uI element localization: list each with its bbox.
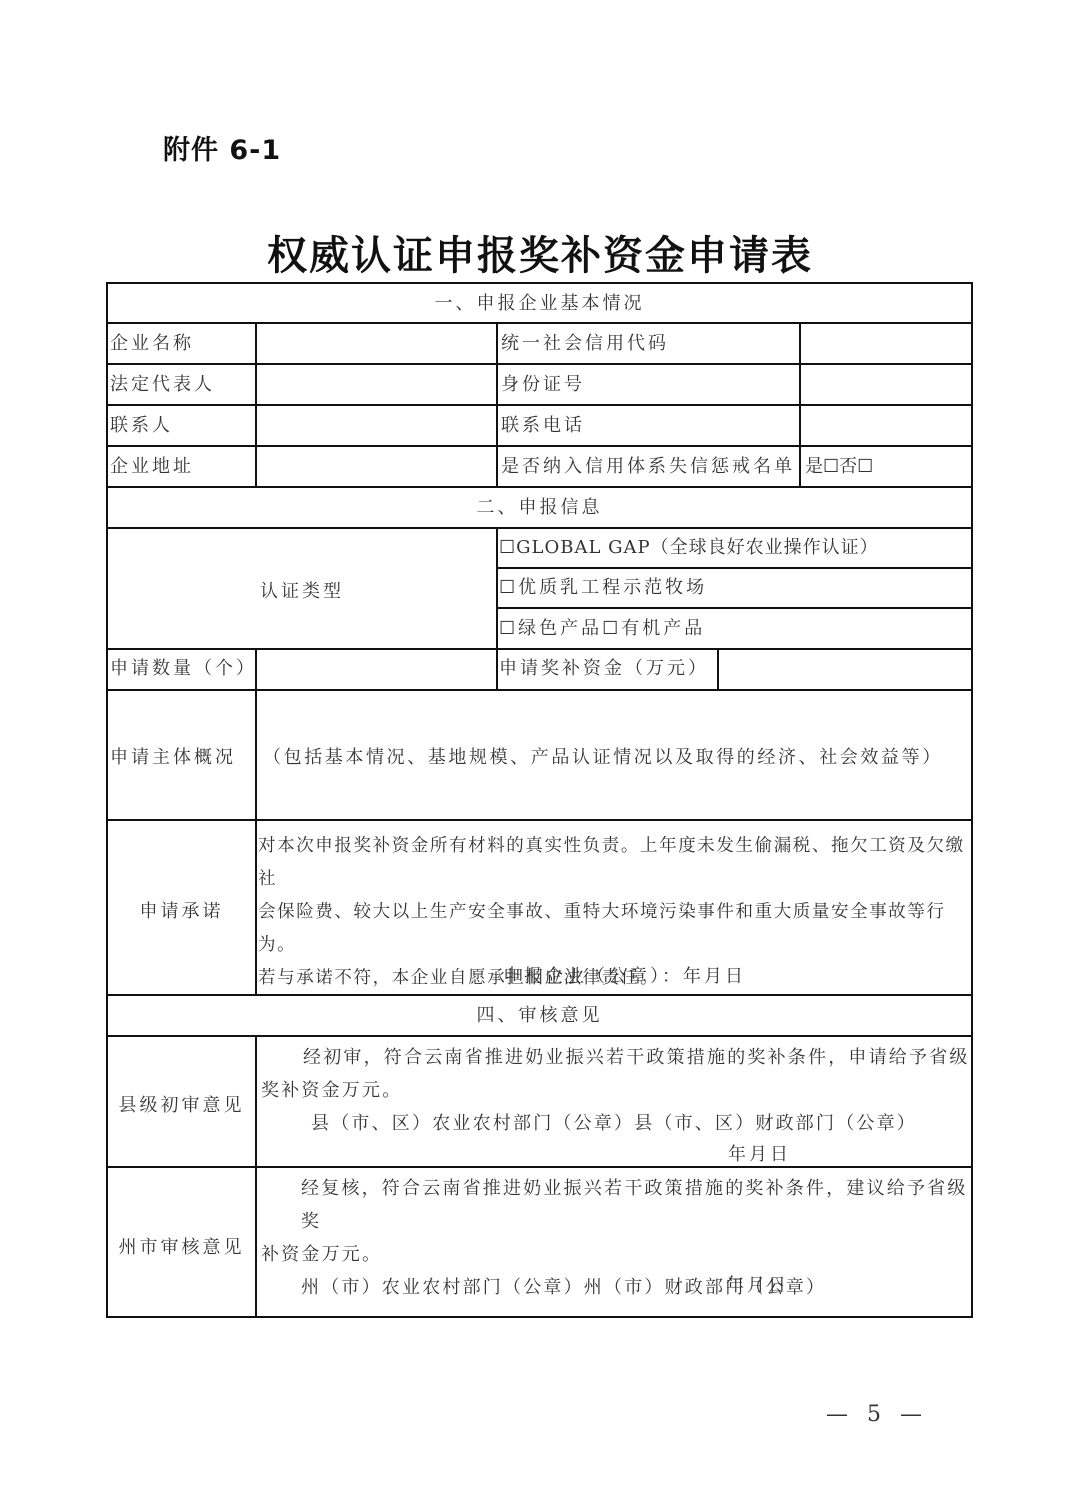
input-id-number[interactable] <box>802 365 970 402</box>
label-id-number: 身份证号 <box>501 373 585 397</box>
county-review-stamps: 县（市、区）农业农村部门（公章）县（市、区）财政部门（公章） <box>261 1107 970 1140</box>
overview-hint[interactable]: （包括基本情况、基地规模、产品认证情况以及取得的经济、社会效益等） <box>263 746 943 770</box>
input-credit-code[interactable] <box>802 324 970 361</box>
blacklist-yes-no-checkboxes[interactable]: 是☐否☐ <box>805 455 873 479</box>
label-commitment: 申请承诺 <box>108 900 255 924</box>
row-divider <box>108 486 971 488</box>
county-review-date: 年月日 <box>728 1143 791 1167</box>
row-divider <box>108 819 971 821</box>
row-divider <box>108 527 971 529</box>
label-company-name: 企业名称 <box>110 332 194 356</box>
row-divider <box>108 689 971 691</box>
col-divider <box>717 648 719 689</box>
col-divider <box>496 322 498 486</box>
prefecture-review-date: 年月日 <box>726 1274 789 1298</box>
col-divider <box>255 648 257 994</box>
input-contact[interactable] <box>258 406 494 443</box>
county-review-line: 经初审，符合云南省推进奶业振兴若干政策措施的奖补条件，申请给予省级 <box>261 1041 970 1074</box>
section-header-basic-info: 一、申报企业基本情况 <box>108 292 971 316</box>
input-phone[interactable] <box>802 406 970 443</box>
row-divider <box>108 445 971 447</box>
label-credit-code: 统一社会信用代码 <box>501 332 669 356</box>
col-divider <box>799 322 801 486</box>
label-cert-type: 认证类型 <box>108 580 496 604</box>
checkbox-quality-milk-farm[interactable]: ☐优质乳工程示范牧场 <box>499 576 707 600</box>
label-county-review: 县级初审意见 <box>108 1094 255 1118</box>
row-divider <box>108 1035 971 1037</box>
label-amount: 申请奖补资金（万元） <box>499 657 709 681</box>
county-review-line: 奖补资金万元。 <box>261 1074 970 1107</box>
prefecture-review-line: 经复核，符合云南省推进奶业振兴若干政策措施的奖补条件，建议给予省级奖 <box>261 1172 971 1238</box>
commitment-line: 会保险费、较大以上生产安全事故、重特大环境污染事件和重大质量安全事故等行为。 <box>258 896 971 962</box>
county-review-text: 经初审，符合云南省推进奶业振兴若干政策措施的奖补条件，申请给予省级 奖补资金万元… <box>261 1041 970 1140</box>
application-form-table: 一、申报企业基本情况 企业名称 统一社会信用代码 法定代表人 身份证号 联系人 … <box>106 282 973 1318</box>
input-amount[interactable] <box>720 650 970 687</box>
label-quantity: 申请数量（个） <box>110 657 257 681</box>
input-quantity[interactable] <box>258 650 494 687</box>
input-address[interactable] <box>258 447 494 484</box>
col-divider <box>496 527 498 689</box>
checkbox-global-gap[interactable]: ☐GLOBAL GAP（全球良好农业操作认证） <box>499 536 879 560</box>
label-contact: 联系人 <box>110 414 173 438</box>
label-prefecture-review: 州市审核意见 <box>108 1236 255 1260</box>
label-phone: 联系电话 <box>501 414 585 438</box>
prefecture-review-stamps: 州（市）农业农村部门（公章）州（市）财政部门（公章） <box>261 1271 971 1304</box>
label-address: 企业地址 <box>110 455 194 479</box>
prefecture-review-line: 补资金万元。 <box>261 1238 971 1271</box>
label-legal-rep: 法定代表人 <box>110 373 215 397</box>
row-divider <box>496 607 971 609</box>
row-divider <box>496 567 971 569</box>
attachment-label: 附件 6-1 <box>163 128 281 167</box>
commitment-signature: 申报企业（公章）：年月日 <box>503 965 746 989</box>
prefecture-review-text: 经复核，符合云南省推进奶业振兴若干政策措施的奖补条件，建议给予省级奖 补资金万元… <box>261 1172 971 1304</box>
page-number: — 5 — <box>826 1402 928 1427</box>
label-overview: 申请主体概况 <box>110 746 236 770</box>
section-header-review: 四、审核意见 <box>108 1004 971 1028</box>
row-divider <box>108 1166 971 1168</box>
checkbox-green-organic[interactable]: ☐绿色产品☐有机产品 <box>499 617 705 641</box>
col-divider <box>255 322 257 486</box>
input-legal-rep[interactable] <box>258 365 494 402</box>
col-divider <box>255 1035 257 1318</box>
form-title: 权威认证申报奖补资金申请表 <box>0 224 1080 281</box>
commitment-line: 对本次申报奖补资金所有材料的真实性负责。上年度未发生偷漏税、拖欠工资及欠缴社 <box>258 830 971 896</box>
label-blacklist: 是否纳入信用体系失信惩戒名单 <box>501 455 795 479</box>
section-header-application-info: 二、申报信息 <box>108 496 971 520</box>
input-company-name[interactable] <box>258 324 494 361</box>
